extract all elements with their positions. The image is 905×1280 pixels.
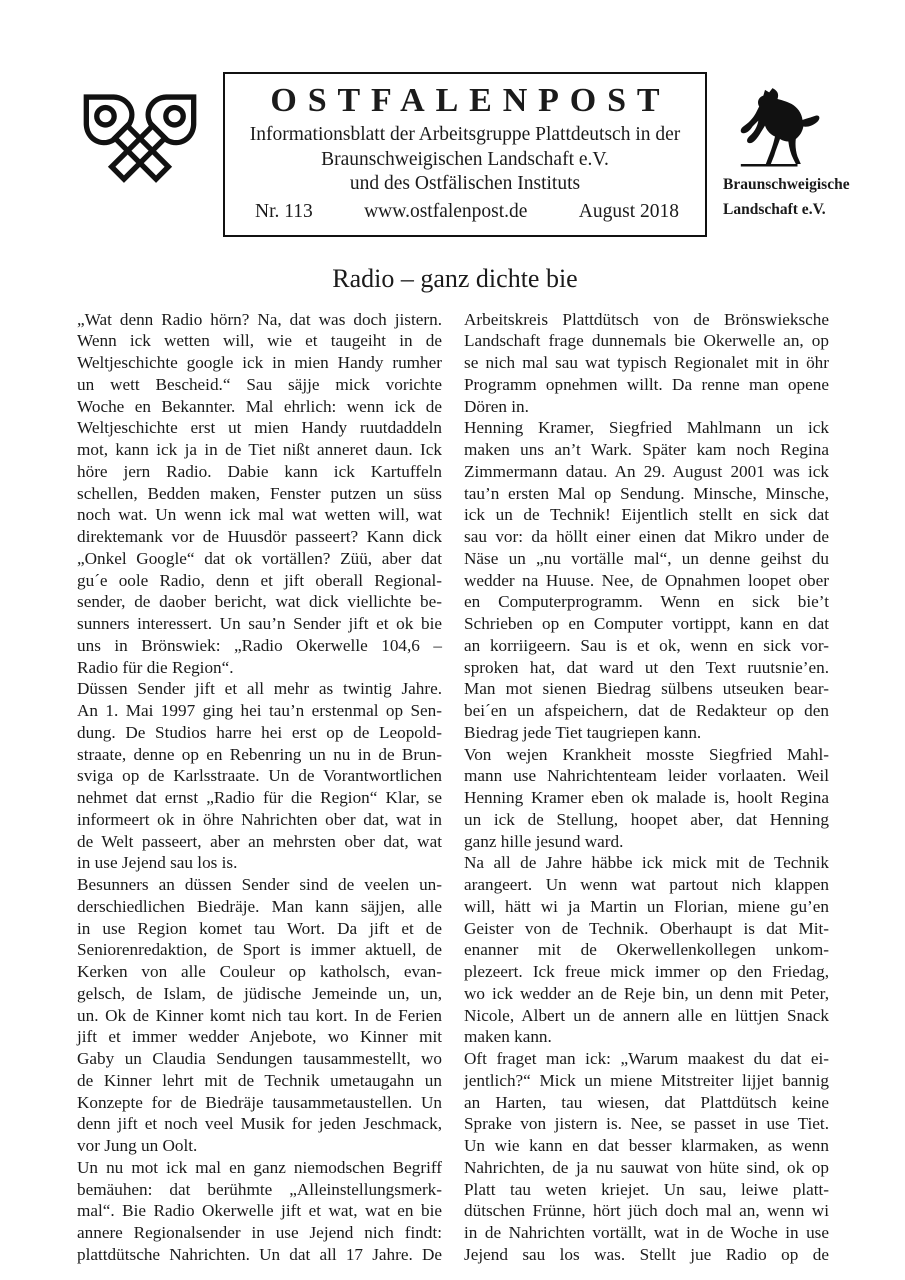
text-line: Landschaft frage dunnemals bie Okerwelle… [464, 330, 829, 352]
masthead-subtitle-line2: Braunschweigischen Landschaft e.V. [225, 148, 705, 173]
text-line: uns in Brönswiek: „Radio Okerwelle 104,6… [77, 635, 442, 657]
text-line: Man mot sienen Biedrag sülbens utseuken … [464, 678, 829, 700]
text-line: wo ick wedder an de Reje bin, un denn mi… [464, 983, 829, 1005]
text-line: vor Jung un Oolt. [77, 1135, 442, 1157]
issue-number: Nr. 113 [255, 199, 313, 225]
text-line: Henning Kramer, Siegfried Mahlmann un ic… [464, 417, 829, 439]
text-line: Nicole, Albert un de annern alle en lütt… [464, 1005, 829, 1027]
text-line: un ick de Stellung, hoopet aber, dat Hen… [464, 809, 829, 831]
text-line: sproken hat, dat ward ut den Text ruutsn… [464, 657, 829, 679]
text-line: mal“. Bie Radio Okerwelle jift et wat, w… [77, 1200, 442, 1222]
text-line: Radio für die Region“. [77, 657, 442, 679]
text-line: bei´en un afspeichern, dat de Redakteur … [464, 700, 829, 722]
text-line: Na all de Jahre häbbe ick mick mit de Te… [464, 852, 829, 874]
crossed-keys-icon [77, 86, 203, 202]
text-line: Un nu mot ick mal en ganz niemodschen Be… [77, 1157, 442, 1179]
text-line: se nich mal sau wat typisch Regionalet m… [464, 352, 829, 374]
horse-icon [735, 84, 835, 169]
horse-caption-line1: Braunschweigische [723, 175, 855, 194]
text-line: Zimmermann datau. An 29. August 2001 was… [464, 461, 829, 483]
text-line: Von wejen Krankheit mosste Siegfried Mah… [464, 744, 829, 766]
text-line: Seniorenredaktion, de Sport is immer akt… [77, 939, 442, 961]
text-line: Dören in. [464, 396, 829, 418]
text-line: de Welt passeert, aber an mehrsten ober … [77, 831, 442, 853]
text-line: Gaby un Claudia Sendungen tausammestellt… [77, 1048, 442, 1070]
text-line: dütschen Frünne, hört jüch doch mal an, … [464, 1200, 829, 1222]
column-left: „Wat denn Radio hörn? Na, dat was doch j… [77, 309, 442, 1266]
text-line: Nahrichten, de ja nu sauwat von hüte sin… [464, 1157, 829, 1179]
text-line: Konzepte for de Biedräje tausammetaustel… [77, 1092, 442, 1114]
text-line: Schrieben op en Computer vortippt, kann … [464, 613, 829, 635]
text-line: in use Region komet tau Wort. Da jift et… [77, 918, 442, 940]
article-title: Radio – ganz dichte bie [77, 264, 833, 294]
text-line: Düssen Sender jift et all mehr as twinti… [77, 678, 442, 700]
text-line: Wenn ick wetten will, wie et taugeiht in… [77, 330, 442, 352]
text-line: mot, kann ick ja in de Tiet nißt anneret… [77, 439, 442, 461]
text-line: höre jern Radio. Dabie kann ick Kartuffe… [77, 461, 442, 483]
text-line: informeert ok in öhre Nahrichten ober da… [77, 809, 442, 831]
text-line: Weltjeschichte erst ut mien Handy ruutda… [77, 417, 442, 439]
article-body: „Wat denn Radio hörn? Na, dat was doch j… [77, 309, 833, 1266]
text-line: Geister von de Technik. Oberhaupt is dat… [464, 918, 829, 940]
issue-date: August 2018 [579, 199, 679, 225]
text-line: arangeert. Un wenn wat partout nich klap… [464, 874, 829, 896]
text-line: nehmet dat ernst „Radio für die Region“ … [77, 787, 442, 809]
text-line: Biedrag jede Tiet taugriepen kann. [464, 722, 829, 744]
text-line: will, hätt wi ja Martin un Florian, mien… [464, 896, 829, 918]
text-line: Un wie kann en dat besser klarmaken, as … [464, 1135, 829, 1157]
text-line: sviga op de Karlsstraate. Un de Vorantwo… [77, 765, 442, 787]
text-line: gu´e oole Radio, denn et jift oberall Re… [77, 570, 442, 592]
text-line: Arbeitskreis Plattdütsch von de Brönswie… [464, 309, 829, 331]
masthead-subtitle-line1: Informationsblatt der Arbeitsgruppe Plat… [225, 123, 705, 148]
text-line: Jejend sau los was. Stellt jue Radio op … [464, 1244, 829, 1266]
website-url: www.ostfalenpost.de [364, 199, 527, 225]
text-line: Besunners an düssen Sender sind de veele… [77, 874, 442, 896]
text-line: wedder na Huuse. Nee, de Opnahmen loopet… [464, 570, 829, 592]
text-line: jentlich?“ Mick un miene Mitstreiter lij… [464, 1070, 829, 1092]
text-line: jift et immer wedder Anjebote, wo Kinner… [77, 1026, 442, 1048]
text-line: Weltjeschichte google ick in mien Handy … [77, 352, 442, 374]
text-line: ganz hille jesund ward. [464, 831, 829, 853]
text-line: ick un de Technik! Eijentlich stellt en … [464, 504, 829, 526]
text-line: direktemank vor de Huusdör passeert? Kan… [77, 526, 442, 548]
text-line: sunners interessert. Un sau’n Sender jif… [77, 613, 442, 635]
text-line: Woche en Bekannter. Mal ehrlich: wenn ic… [77, 396, 442, 418]
text-line: schellen, Bedden maken, Fenster putzen u… [77, 483, 442, 505]
text-line: derschiedlichen Biedräje. Man kann säjje… [77, 896, 442, 918]
text-line: Platt tau weten kriejet. Un sau, leiwe p… [464, 1179, 829, 1201]
braunschweigische-landschaft-logo: Braunschweigische Landschaft e.V. [723, 72, 855, 219]
horse-caption-line2: Landschaft e.V. [723, 200, 855, 219]
text-line: in de Nahrichten vortällt, wat in de Woc… [464, 1222, 829, 1244]
text-line: sau vor: da höllt einer einen dat Mikro … [464, 526, 829, 548]
text-line: Näse un „nu vortälle mal“, un denne geih… [464, 548, 829, 570]
text-line: gelsch, de Islam, de jüdische Jemeinde u… [77, 983, 442, 1005]
crossed-keys-logo [77, 72, 217, 207]
newsletter-page: OSTFALENPOST Informationsblatt der Arbei… [0, 0, 905, 1280]
text-line: an korriigeern. Sau is et ok, wenn en si… [464, 635, 829, 657]
text-line: denn jift et noch veel Musik for jeden J… [77, 1113, 442, 1135]
text-line: Programm opnehmen willt. Da renne man op… [464, 374, 829, 396]
text-line: An 1. Mai 1997 ging hei tau’n erstenmal … [77, 700, 442, 722]
text-line: bemäuhen: dat berühmte „Alleinstellungsm… [77, 1179, 442, 1201]
masthead-meta-row: Nr. 113 www.ostfalenpost.de August 2018 [225, 197, 705, 225]
text-line: „Wat denn Radio hörn? Na, dat was doch j… [77, 309, 442, 331]
text-line: sender, de daober bericht, wat dick viel… [77, 591, 442, 613]
text-line: Henning Kramer eben ok malade is, hoolt … [464, 787, 829, 809]
newsletter-title: OSTFALENPOST [225, 82, 705, 120]
text-line: in use Jejend sau los is. [77, 852, 442, 874]
text-line: dung. De Studios harre hei erst op de Le… [77, 722, 442, 744]
text-line: maken kann. [464, 1026, 829, 1048]
masthead-row: OSTFALENPOST Informationsblatt der Arbei… [77, 72, 833, 237]
text-line: „Onkel Google“ dat ok vortällen? Züü, ab… [77, 548, 442, 570]
text-line: maken uns an’t Wark. Später kam noch Reg… [464, 439, 829, 461]
text-line: an Harten, tau wiesen, dat Plattdütsch k… [464, 1092, 829, 1114]
text-line: mann use Nahrichtenteam leider vorlaaten… [464, 765, 829, 787]
text-line: noch wat. Un wenn ick mal wat wetten wil… [77, 504, 442, 526]
text-line: de Kinner lehrt mit de Technik umetaugah… [77, 1070, 442, 1092]
text-line: un. Ok de Kinner komt nich tau kort. In … [77, 1005, 442, 1027]
column-right: Arbeitskreis Plattdütsch von de Brönswie… [464, 309, 829, 1266]
text-line: straate, denne op en Rebenring un nu in … [77, 744, 442, 766]
text-line: tau’n ersten Mal op Sendung. Minsche, Mi… [464, 483, 829, 505]
text-line: plezeert. Ick freue mick immer op den Fr… [464, 961, 829, 983]
text-line: annere Regionalsender in use Jejend nich… [77, 1222, 442, 1244]
text-line: en Computerprogramm. Wenn en sick bie’t [464, 591, 829, 613]
masthead-subtitle-line3: und des Ostfälischen Instituts [225, 172, 705, 197]
text-line: Sprake von jistern is. Nee, se passet in… [464, 1113, 829, 1135]
masthead-box: OSTFALENPOST Informationsblatt der Arbei… [223, 72, 707, 237]
text-line: enanner mit de Okerwellenkollegen unkom- [464, 939, 829, 961]
text-line: Kerken von alle Couleur op katholsch, ev… [77, 961, 442, 983]
text-line: un wett Bescheid.“ Sau säjje mick vorich… [77, 374, 442, 396]
text-line: plattdütsche Nahrichten. Un dat all 17 J… [77, 1244, 442, 1266]
text-line: Oft fraget man ick: „Warum maakest du da… [464, 1048, 829, 1070]
